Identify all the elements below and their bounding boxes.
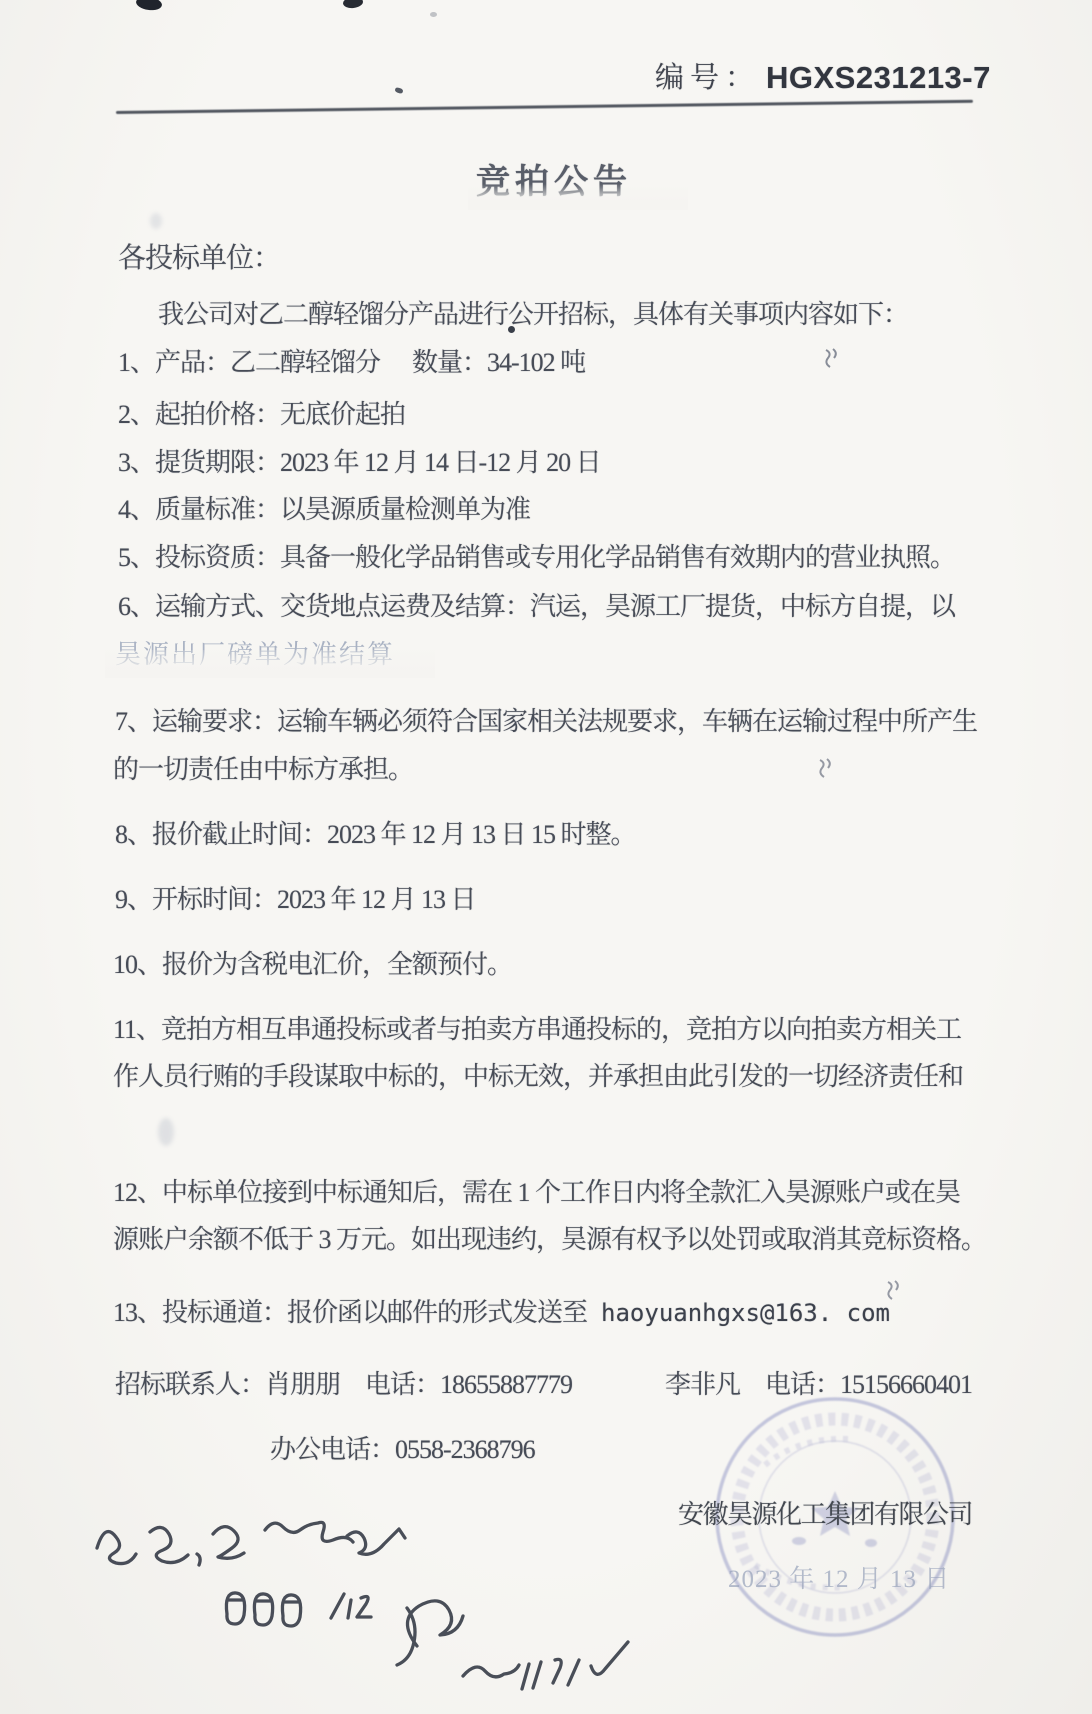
scanned-document-page: 编号： HGXS231213-7 竞拍公告 各投标单位： 我公司对乙二醇轻馏分产…	[0, 0, 1092, 1714]
handwritten-flourish	[397, 1601, 463, 1665]
office-phone: 办公电话：0558-2368796	[270, 1433, 535, 1467]
document-title: 竞拍公告	[476, 162, 632, 203]
item-12-payment-line2: 源账户余额不低于 3 万元。如出现违约，昊源有权予以处罚或取消其竞标资格。	[113, 1223, 986, 1257]
scan-artifact-dot	[508, 326, 515, 333]
document-number-value: HGXS231213-7	[766, 58, 991, 98]
item-13-bid-channel: 13、投标通道：报价函以邮件的形式发送至haoyuanhgxs@163. com	[113, 1296, 890, 1330]
handwritten-annotations	[55, 1488, 705, 1714]
item-1-quantity: 数量：34-102 吨	[412, 348, 585, 377]
item-11-collusion-line1: 11、竞拍方相互串通投标或者与拍卖方串通投标的，竞拍方以向拍卖方相关工	[113, 1013, 961, 1047]
item-4-quality: 4、质量标准：以昊源质量检测单为准	[118, 493, 530, 527]
company-name: 安徽昊源化工集团有限公司	[678, 1498, 972, 1532]
item-9-opening-time: 9、开标时间：2023 年 12 月 13 日	[115, 883, 476, 917]
item-8-quote-deadline: 8、报价截止时间：2023 年 12 月 13 日 15 时整。	[115, 818, 636, 852]
scan-artifact-blob	[430, 12, 437, 17]
salutation: 各投标单位：	[118, 241, 280, 277]
item-3-pickup-period: 3、提货期限：2023 年 12 月 14 日-12 月 20 日	[118, 446, 601, 480]
item-10-price-terms: 10、报价为含税电汇价，全额预付。	[113, 948, 512, 982]
intro-paragraph: 我公司对乙二醇轻馏分产品进行公开招标，具体有关事项内容如下：	[158, 298, 908, 332]
scan-artifact-smudge	[158, 1118, 174, 1146]
scan-artifact-smudge	[150, 213, 162, 229]
scan-artifact-mark	[816, 758, 832, 782]
handwritten-note	[97, 1522, 405, 1565]
scan-artifact-blob	[342, 0, 363, 9]
item-6-transport: 6、运输方式、交货地点运费及结算：汽运，昊源工厂提货，中标方自提，以	[118, 590, 955, 624]
scan-artifact-dash	[394, 87, 403, 94]
header-rule	[116, 100, 973, 114]
scan-artifact-mark	[822, 348, 838, 372]
handwritten-date-mark	[463, 1642, 628, 1689]
scan-artifact-mark	[884, 1280, 900, 1304]
bid-email-address: haoyuanhgxs@163. com	[601, 1299, 890, 1327]
item-7-requirement-line2: 的一切责任由中标方承担。	[113, 753, 413, 787]
item-7-requirement-line1: 7、运输要求：运输车辆必须符合国家相关法规要求，车辆在运输过程中所产生	[115, 705, 977, 739]
item-11-collusion-line2: 作人员行贿的手段谋取中标的，中标无效，并承担由此引发的一切经济责任和	[113, 1060, 963, 1094]
item-12-payment-line1: 12、中标单位接到中标通知后，需在 1 个工作日内将全款汇入昊源账户或在昊	[113, 1176, 960, 1210]
item-13-text: 13、投标通道：报价函以邮件的形式发送至	[113, 1298, 587, 1327]
item-1-product: 1、产品：乙二醇轻馏分数量：34-102 吨	[118, 346, 585, 380]
document-number-label: 编号：	[655, 60, 760, 98]
item-5-qualification: 5、投标资质：具备一般化学品销售或专用化学品销售有效期内的营业执照。	[118, 541, 955, 575]
scan-artifact-blob	[135, 0, 163, 12]
item-1-text: 1、产品：乙二醇轻馏分	[118, 348, 380, 377]
item-6-continuation-faded: 昊源出厂磅单为准结算	[115, 638, 395, 672]
issue-date: 2023 年 12 月 13 日	[728, 1564, 950, 1597]
contact-person-1: 招标联系人：肖朋朋 电话：18655887779	[115, 1368, 572, 1402]
item-2-start-price: 2、起拍价格：无底价起拍	[118, 398, 405, 432]
handwritten-signature	[226, 1593, 371, 1626]
